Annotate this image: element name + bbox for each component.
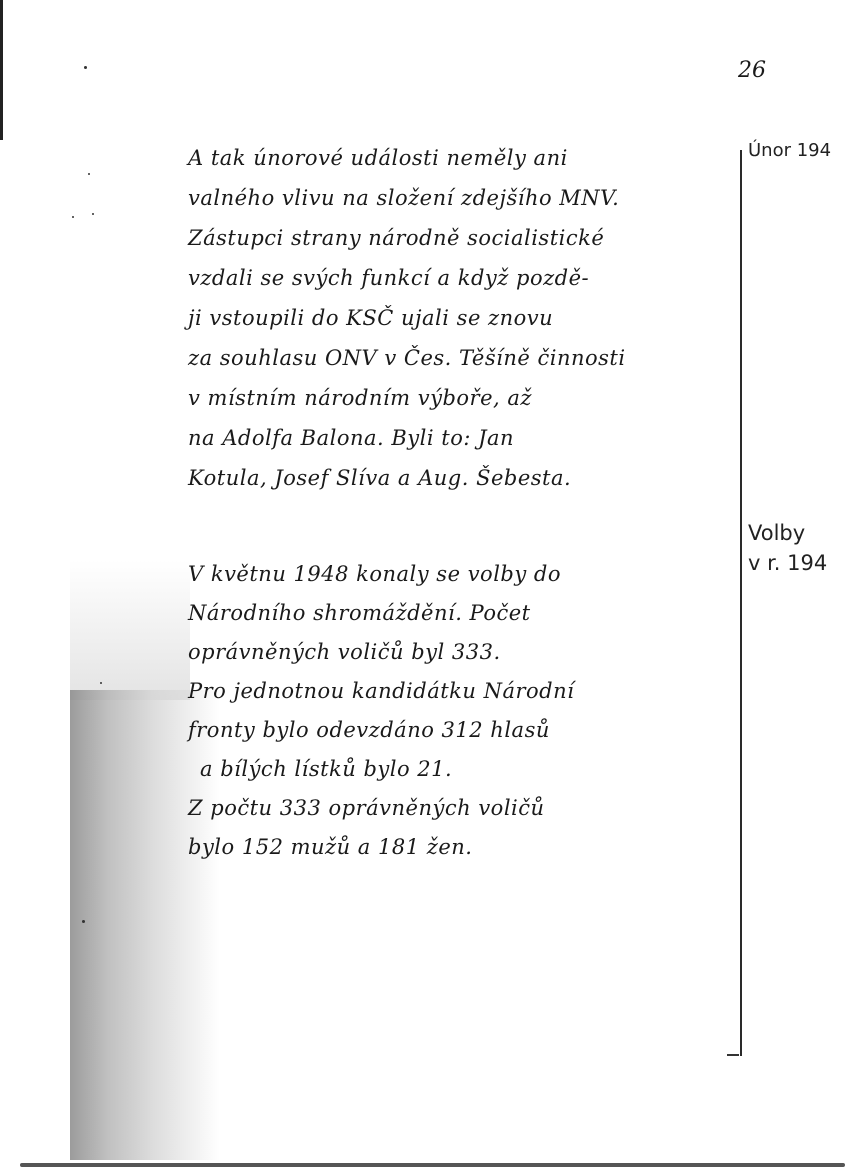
scan-speck xyxy=(82,920,85,923)
scan-shadow xyxy=(70,560,190,700)
paragraph-elections-1948: V květnu 1948 konaly se volby do Národní… xyxy=(188,555,748,867)
text-line: oprávněných voličů byl 333. xyxy=(188,633,748,672)
text-line: Zástupci strany národně socialistické xyxy=(188,218,748,258)
text-line: Národního shromáždění. Počet xyxy=(188,594,748,633)
text-line: za souhlasu ONV v Čes. Těšíně činnosti xyxy=(188,338,748,378)
margin-rule xyxy=(740,150,742,1056)
text-line: bylo 152 mužů a 181 žen. xyxy=(188,828,748,867)
scan-speck xyxy=(92,213,94,215)
scan-speck xyxy=(100,682,102,684)
scan-speck xyxy=(88,173,90,175)
text-line: vzdali se svých funkcí a když pozdě- xyxy=(188,258,748,298)
scan-edge xyxy=(0,0,3,140)
text-line: ji vstoupili do KSČ ujali se znovu xyxy=(188,298,748,338)
page-number: 26 xyxy=(738,58,766,83)
scan-speck xyxy=(84,66,87,69)
margin-note-line: Únor 194 xyxy=(748,140,831,161)
text-line: a bílých lístků bylo 21. xyxy=(188,750,748,789)
text-line: Pro jednotnou kandidátku Národní xyxy=(188,672,748,711)
margin-note-february: Únor 194 xyxy=(748,140,831,161)
paragraph-february-events: A tak únorové události neměly ani valnéh… xyxy=(188,138,748,498)
text-line: Kotula, Josef Slíva a Aug. Šebesta. xyxy=(188,458,748,498)
text-line: valného vlivu na složení zdejšího MNV. xyxy=(188,178,748,218)
margin-note-line: Volby xyxy=(748,518,827,548)
margin-note-elections: Volby v r. 194 xyxy=(748,518,827,578)
text-line: fronty bylo odevzdáno 312 hlasů xyxy=(188,711,748,750)
margin-rule-tick xyxy=(727,1054,739,1056)
scanned-page: 26 A tak únorové události neměly ani val… xyxy=(0,0,845,1170)
text-line: Z počtu 333 oprávněných voličů xyxy=(188,789,748,828)
text-line: V květnu 1948 konaly se volby do xyxy=(188,555,748,594)
text-line: v místním národním výboře, až xyxy=(188,378,748,418)
scan-speck xyxy=(72,216,74,218)
scan-edge xyxy=(20,1163,845,1167)
text-line: na Adolfa Balona. Byli to: Jan xyxy=(188,418,748,458)
margin-note-line: v r. 194 xyxy=(748,548,827,578)
text-line: A tak únorové události neměly ani xyxy=(188,138,748,178)
